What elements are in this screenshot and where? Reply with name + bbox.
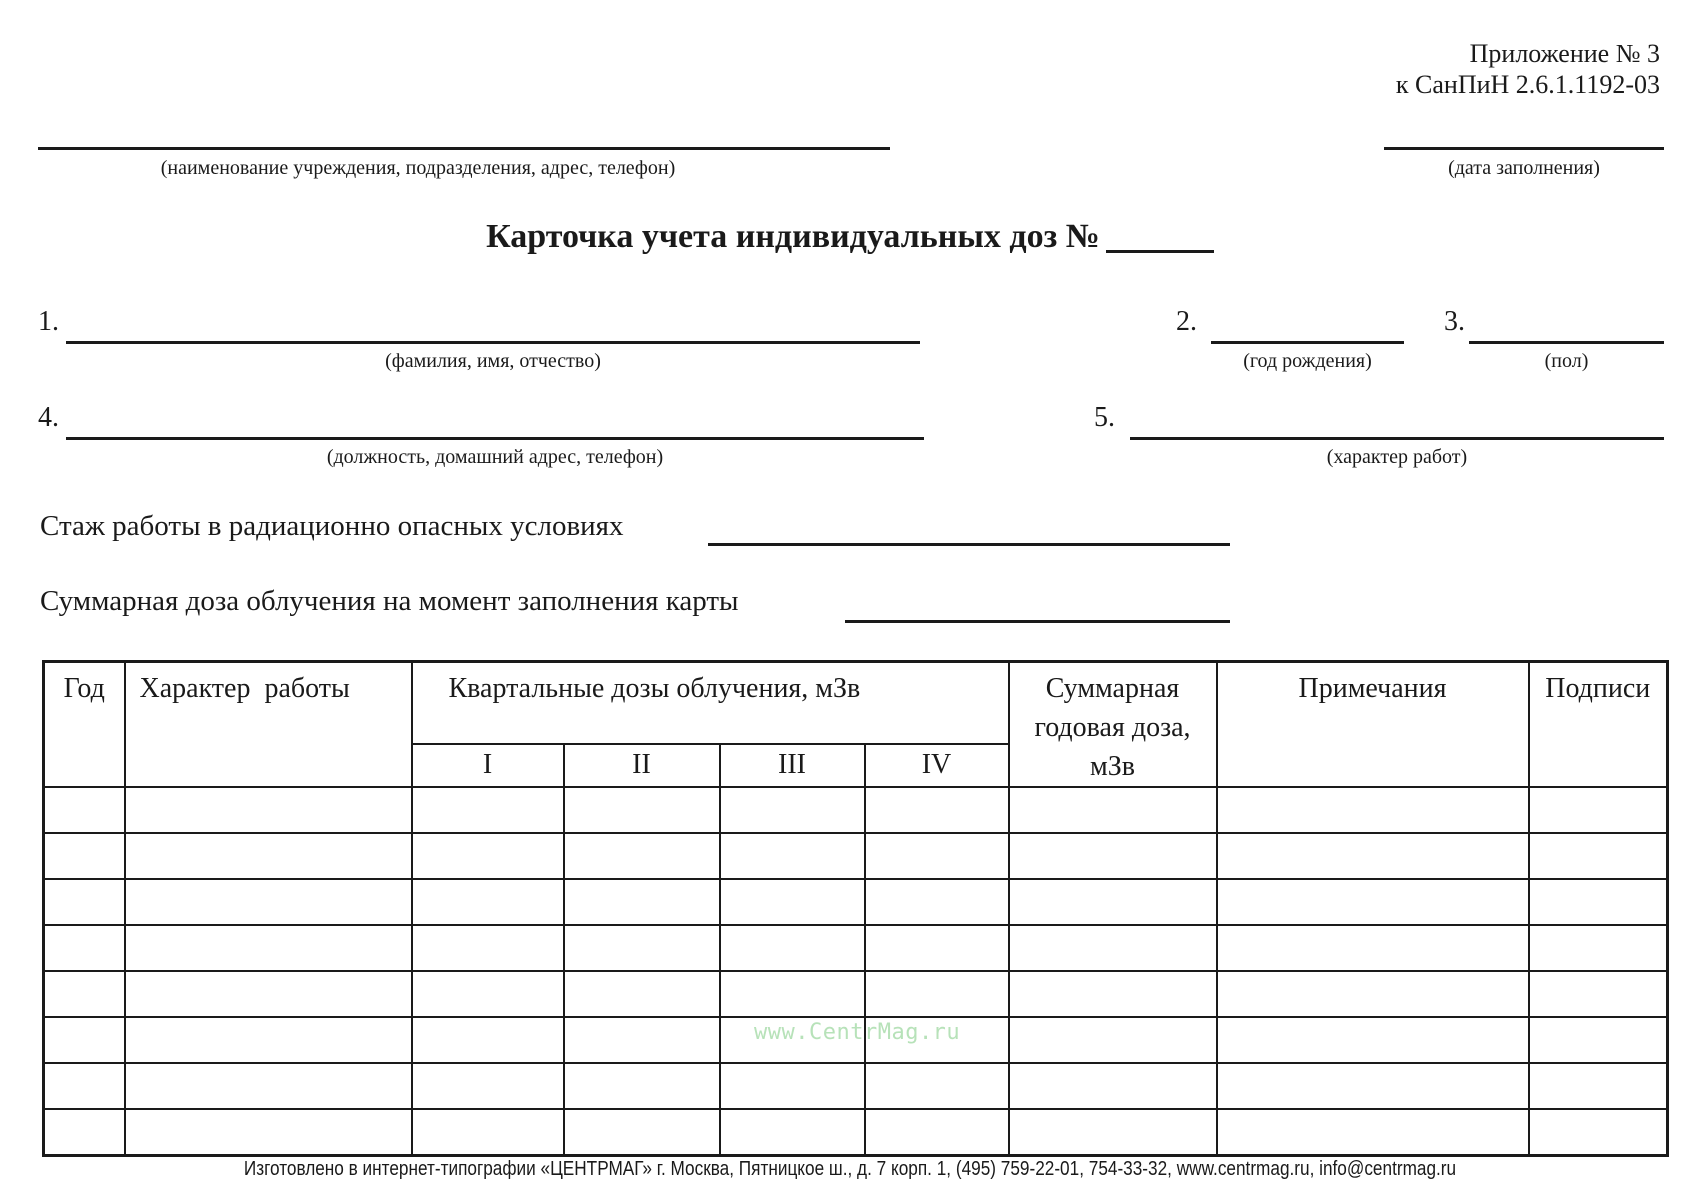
- cell-notes[interactable]: [1217, 833, 1529, 879]
- header-signatures: Подписи: [1529, 662, 1668, 788]
- field-1-number: 1.: [38, 306, 59, 338]
- cell-q1[interactable]: [412, 1063, 564, 1109]
- table-row: [44, 971, 1668, 1017]
- cell-work-type[interactable]: [125, 879, 412, 925]
- cell-signature[interactable]: [1529, 1017, 1668, 1063]
- cell-q2[interactable]: [564, 787, 720, 833]
- cell-q2[interactable]: [564, 925, 720, 971]
- card-number-field[interactable]: [1106, 220, 1214, 253]
- watermark: www.CentrMag.ru: [754, 1020, 960, 1045]
- dose-table: Год Характер работы Квартальные дозы обл…: [42, 660, 1669, 1157]
- cell-q3[interactable]: [720, 1109, 865, 1156]
- cell-annual-dose[interactable]: [1009, 879, 1217, 925]
- field-4-number: 4.: [38, 402, 59, 434]
- table-row: [44, 879, 1668, 925]
- cell-signature[interactable]: [1529, 925, 1668, 971]
- cell-annual-dose[interactable]: [1009, 925, 1217, 971]
- total-dose-label: Суммарная доза облучения на момент запол…: [40, 585, 739, 618]
- cell-year[interactable]: [44, 833, 125, 879]
- field-5-number: 5.: [1094, 402, 1115, 434]
- full-name-caption: (фамилия, имя, отчество): [66, 350, 920, 373]
- cell-q3[interactable]: [720, 971, 865, 1017]
- cell-q4[interactable]: [865, 879, 1009, 925]
- cell-notes[interactable]: [1217, 787, 1529, 833]
- cell-q1[interactable]: [412, 925, 564, 971]
- header-quarter-2: II: [564, 744, 720, 787]
- cell-q4[interactable]: [865, 925, 1009, 971]
- header-quarter-1: I: [412, 744, 564, 787]
- header-quarterly-doses: Квартальные дозы облучения, мЗв: [412, 662, 1009, 744]
- table-row: [44, 1109, 1668, 1156]
- cell-q4[interactable]: [865, 833, 1009, 879]
- annual-line-1: Суммарная: [1010, 669, 1216, 708]
- cell-q4[interactable]: [865, 1063, 1009, 1109]
- header-annual-dose: Суммарная годовая доза, мЗв: [1009, 662, 1217, 788]
- cell-q3[interactable]: [720, 833, 865, 879]
- cell-notes[interactable]: [1217, 971, 1529, 1017]
- cell-year[interactable]: [44, 1109, 125, 1156]
- dose-table-body: [44, 787, 1668, 1156]
- appendix-line-2: к СанПиН 2.6.1.1192-03: [1396, 69, 1660, 100]
- cell-q1[interactable]: [412, 833, 564, 879]
- appendix-reference: Приложение № 3 к СанПиН 2.6.1.1192-03: [1396, 38, 1660, 100]
- cell-q4[interactable]: [865, 787, 1009, 833]
- full-name-field[interactable]: [66, 341, 920, 344]
- header-work-type: Характер работы: [125, 662, 412, 788]
- title-text: Карточка учета индивидуальных доз №: [486, 218, 1100, 255]
- cell-signature[interactable]: [1529, 971, 1668, 1017]
- cell-signature[interactable]: [1529, 833, 1668, 879]
- cell-q2[interactable]: [564, 971, 720, 1017]
- work-type-field[interactable]: [1130, 437, 1664, 440]
- cell-work-type[interactable]: [125, 1017, 412, 1063]
- birth-year-caption: (год рождения): [1211, 350, 1404, 373]
- cell-year[interactable]: [44, 971, 125, 1017]
- cell-signature[interactable]: [1529, 1063, 1668, 1109]
- cell-work-type[interactable]: [125, 833, 412, 879]
- field-2-number: 2.: [1176, 306, 1197, 338]
- cell-q2[interactable]: [564, 1109, 720, 1156]
- sex-caption: (пол): [1469, 350, 1664, 373]
- header-quarter-4: IV: [865, 744, 1009, 787]
- cell-q2[interactable]: [564, 833, 720, 879]
- cell-signature[interactable]: [1529, 787, 1668, 833]
- cell-work-type[interactable]: [125, 925, 412, 971]
- work-type-caption: (характер работ): [1130, 446, 1664, 469]
- cell-annual-dose[interactable]: [1009, 833, 1217, 879]
- cell-q3[interactable]: [720, 1063, 865, 1109]
- field-3-number: 3.: [1444, 306, 1465, 338]
- cell-year[interactable]: [44, 925, 125, 971]
- cell-notes[interactable]: [1217, 1017, 1529, 1063]
- cell-work-type[interactable]: [125, 787, 412, 833]
- institution-caption: (наименование учреждения, подразделения,…: [38, 157, 798, 180]
- annual-line-3: мЗв: [1010, 747, 1216, 786]
- header-notes: Примечания: [1217, 662, 1529, 788]
- cell-notes[interactable]: [1217, 925, 1529, 971]
- annual-line-2: годовая доза,: [1010, 708, 1216, 747]
- cell-q3[interactable]: [720, 879, 865, 925]
- table-row: [44, 1063, 1668, 1109]
- table-row: [44, 925, 1668, 971]
- cell-work-type[interactable]: [125, 971, 412, 1017]
- cell-annual-dose[interactable]: [1009, 1063, 1217, 1109]
- cell-work-type[interactable]: [125, 1063, 412, 1109]
- table-row: [44, 833, 1668, 879]
- cell-q1[interactable]: [412, 971, 564, 1017]
- cell-q1[interactable]: [412, 1017, 564, 1063]
- cell-q1[interactable]: [412, 787, 564, 833]
- cell-notes[interactable]: [1217, 879, 1529, 925]
- printer-footer: Изготовлено в интернет-типографии «ЦЕНТР…: [119, 1158, 1581, 1181]
- sex-field[interactable]: [1469, 341, 1664, 344]
- table-row: [44, 787, 1668, 833]
- header-year: Год: [44, 662, 125, 788]
- experience-field[interactable]: [708, 543, 1230, 546]
- total-dose-field[interactable]: [845, 620, 1230, 623]
- birth-year-field[interactable]: [1211, 341, 1404, 344]
- cell-q1[interactable]: [412, 1109, 564, 1156]
- cell-annual-dose[interactable]: [1009, 1109, 1217, 1156]
- date-field[interactable]: [1384, 147, 1664, 150]
- cell-year[interactable]: [44, 787, 125, 833]
- cell-signature[interactable]: [1529, 879, 1668, 925]
- institution-field[interactable]: [38, 147, 890, 150]
- cell-work-type[interactable]: [125, 1109, 412, 1156]
- cell-q3[interactable]: [720, 925, 865, 971]
- cell-year[interactable]: [44, 879, 125, 925]
- cell-annual-dose[interactable]: [1009, 1017, 1217, 1063]
- cell-annual-dose[interactable]: [1009, 787, 1217, 833]
- position-address-field[interactable]: [66, 437, 924, 440]
- cell-annual-dose[interactable]: [1009, 971, 1217, 1017]
- cell-year[interactable]: [44, 1063, 125, 1109]
- cell-q4[interactable]: [865, 971, 1009, 1017]
- cell-notes[interactable]: [1217, 1109, 1529, 1156]
- experience-label: Стаж работы в радиационно опасных услови…: [40, 510, 624, 543]
- cell-signature[interactable]: [1529, 1109, 1668, 1156]
- cell-q1[interactable]: [412, 879, 564, 925]
- cell-q2[interactable]: [564, 879, 720, 925]
- appendix-line-1: Приложение № 3: [1396, 38, 1660, 69]
- header-quarter-3: III: [720, 744, 865, 787]
- page-title: Карточка учета индивидуальных доз №: [0, 218, 1700, 256]
- cell-q4[interactable]: [865, 1109, 1009, 1156]
- position-address-caption: (должность, домашний адрес, телефон): [66, 446, 924, 469]
- date-caption: (дата заполнения): [1384, 157, 1664, 180]
- cell-q2[interactable]: [564, 1017, 720, 1063]
- cell-year[interactable]: [44, 1017, 125, 1063]
- cell-q3[interactable]: [720, 787, 865, 833]
- cell-notes[interactable]: [1217, 1063, 1529, 1109]
- cell-q2[interactable]: [564, 1063, 720, 1109]
